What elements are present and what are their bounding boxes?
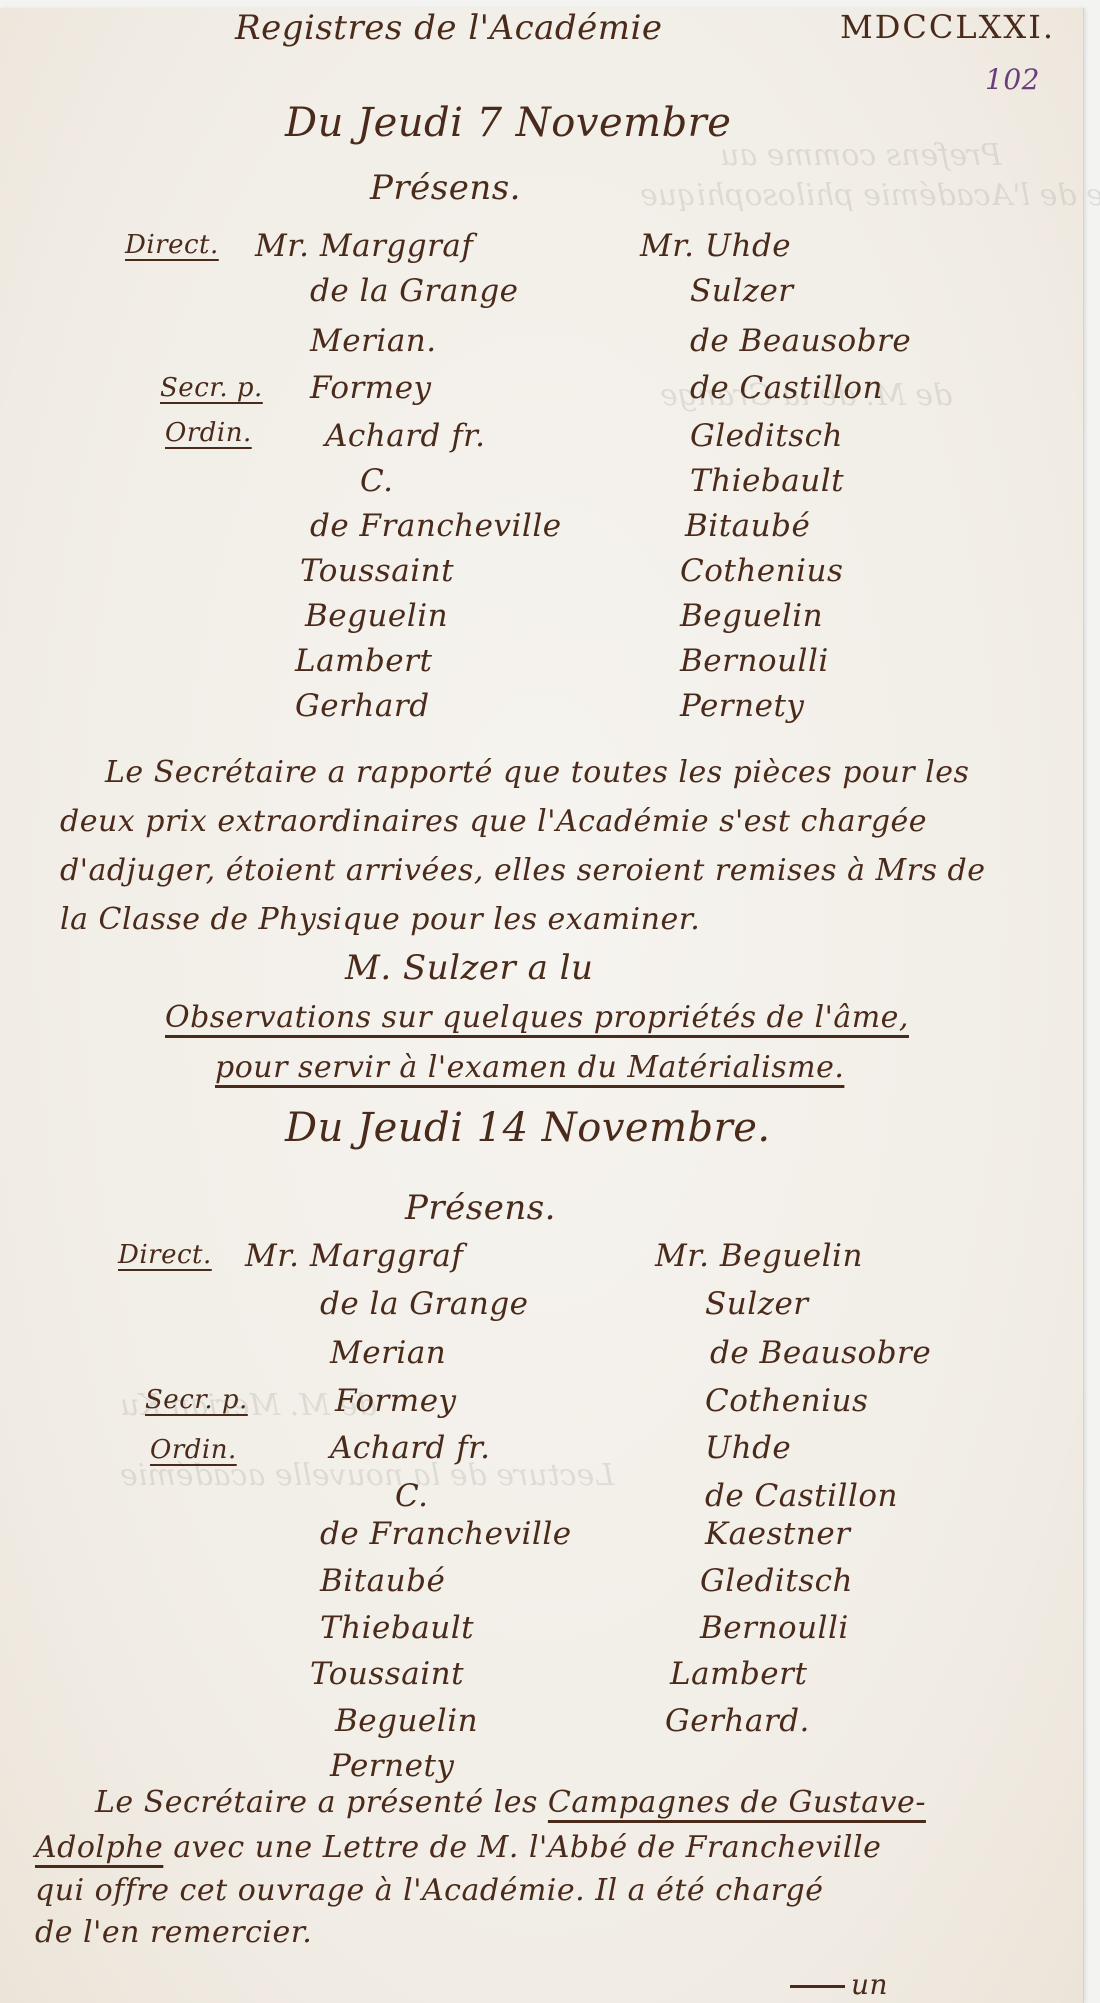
meeting-2-date: Du Jeudi 14 Novembre. bbox=[285, 1105, 771, 1151]
attendee: Bitaubé bbox=[320, 1563, 445, 1599]
attendee: Gerhard bbox=[295, 688, 430, 724]
attendee: Bernoulli bbox=[700, 1610, 849, 1646]
attendee: Merian bbox=[330, 1335, 446, 1371]
reading-title-line-2: pour servir à l'examen du Matérialisme. bbox=[215, 1043, 844, 1092]
paragraph-line: Adolphe avec une Lettre de M. l'Abbé de … bbox=[35, 1823, 881, 1872]
attendee: de Beausobre bbox=[690, 323, 911, 359]
attendee: Formey bbox=[335, 1383, 457, 1419]
attendee: Beguelin bbox=[305, 598, 448, 634]
meeting-1-reader: M. Sulzer a lu bbox=[345, 948, 593, 988]
register-year: MDCCLXXI. bbox=[840, 8, 1055, 46]
attendee: Cothenius bbox=[705, 1383, 868, 1419]
book-title: Campagnes de Gustave- bbox=[548, 1785, 926, 1820]
attendee: Thiebault bbox=[320, 1610, 474, 1646]
paragraph-text: avec une Lettre de M. l'Abbé de Franchev… bbox=[163, 1830, 881, 1865]
attendee: Bitaubé bbox=[685, 508, 810, 544]
role-secretary: Secr. p. bbox=[160, 373, 263, 403]
attendee: de Castillon bbox=[690, 370, 883, 406]
attendee: Gleditsch bbox=[690, 418, 843, 454]
attendee: Mr. Uhde bbox=[640, 228, 791, 264]
attendee: Cothenius bbox=[680, 553, 843, 589]
paragraph-line: Le Secrétaire a présenté les Campagnes d… bbox=[95, 1778, 926, 1827]
attendee: Sulzer bbox=[690, 273, 794, 309]
bleed-through-text: Prefens comme au bbox=[720, 138, 1002, 173]
paragraph-text: Le Secrétaire a présenté les bbox=[95, 1785, 548, 1820]
attendee: Gerhard. bbox=[665, 1703, 810, 1739]
manuscript-page: Prefens comme au Carte de l'Académie phi… bbox=[0, 8, 1084, 2003]
attendee: Beguelin bbox=[680, 598, 823, 634]
meeting-1-date: Du Jeudi 7 Novembre bbox=[285, 100, 731, 146]
attendee: de Francheville bbox=[310, 508, 562, 544]
book-title: Adolphe bbox=[35, 1830, 163, 1865]
attendee: Mr. Marggraf bbox=[245, 1238, 463, 1274]
attendee: Beguelin bbox=[335, 1703, 478, 1739]
meeting-2-presens: Présens. bbox=[405, 1188, 556, 1228]
attendee: Achard fr. bbox=[325, 418, 485, 454]
attendee: Mr. Beguelin bbox=[655, 1238, 863, 1274]
register-title: Registres de l'Académie bbox=[235, 8, 663, 48]
attendee: Merian. bbox=[310, 323, 437, 359]
attendee: de Francheville bbox=[320, 1516, 572, 1552]
attendee: Thiebault bbox=[690, 463, 844, 499]
attendee: de Castillon bbox=[705, 1478, 898, 1514]
attendee: C. bbox=[360, 463, 393, 499]
bleed-through-text: Carte de l'Académie philosophique bbox=[640, 178, 1100, 213]
attendee: Lambert bbox=[295, 643, 432, 679]
attendee: C. bbox=[395, 1478, 428, 1514]
catchword-text: un bbox=[851, 1968, 888, 2001]
role-secretary: Secr. p. bbox=[145, 1385, 248, 1415]
attendee: Lambert bbox=[670, 1656, 807, 1692]
attendee: Bernoulli bbox=[680, 643, 829, 679]
attendee: Sulzer bbox=[705, 1286, 809, 1322]
catchword: un bbox=[790, 1968, 888, 2001]
attendee: de la Grange bbox=[310, 273, 519, 309]
attendee: de Beausobre bbox=[710, 1335, 931, 1371]
attendee: Mr. Marggraf bbox=[255, 228, 473, 264]
role-director: Direct. bbox=[118, 1240, 212, 1270]
attendee: de la Grange bbox=[320, 1286, 529, 1322]
attendee: Gleditsch bbox=[700, 1563, 853, 1599]
role-director: Direct. bbox=[125, 230, 219, 260]
attendee: Toussaint bbox=[300, 553, 454, 589]
reading-title-line-1: Observations sur quelques propriétés de … bbox=[165, 993, 909, 1042]
attendee: Achard fr. bbox=[330, 1430, 490, 1466]
attendee: Toussaint bbox=[310, 1656, 464, 1692]
folio-number: 102 bbox=[985, 63, 1040, 96]
paragraph-line: de l'en remercier. bbox=[35, 1908, 312, 1957]
catchword-rule bbox=[790, 1985, 845, 1988]
attendee: Uhde bbox=[705, 1430, 791, 1466]
role-ordinary: Ordin. bbox=[165, 418, 252, 448]
meeting-1-presens: Présens. bbox=[370, 168, 521, 208]
attendee: Pernety bbox=[680, 688, 804, 724]
attendee: Kaestner bbox=[705, 1516, 850, 1552]
attendee: Formey bbox=[310, 370, 432, 406]
role-ordinary: Ordin. bbox=[150, 1435, 237, 1465]
meeting-1-report-paragraph: Le Secrétaire a rapporté que toutes les … bbox=[60, 748, 1010, 944]
